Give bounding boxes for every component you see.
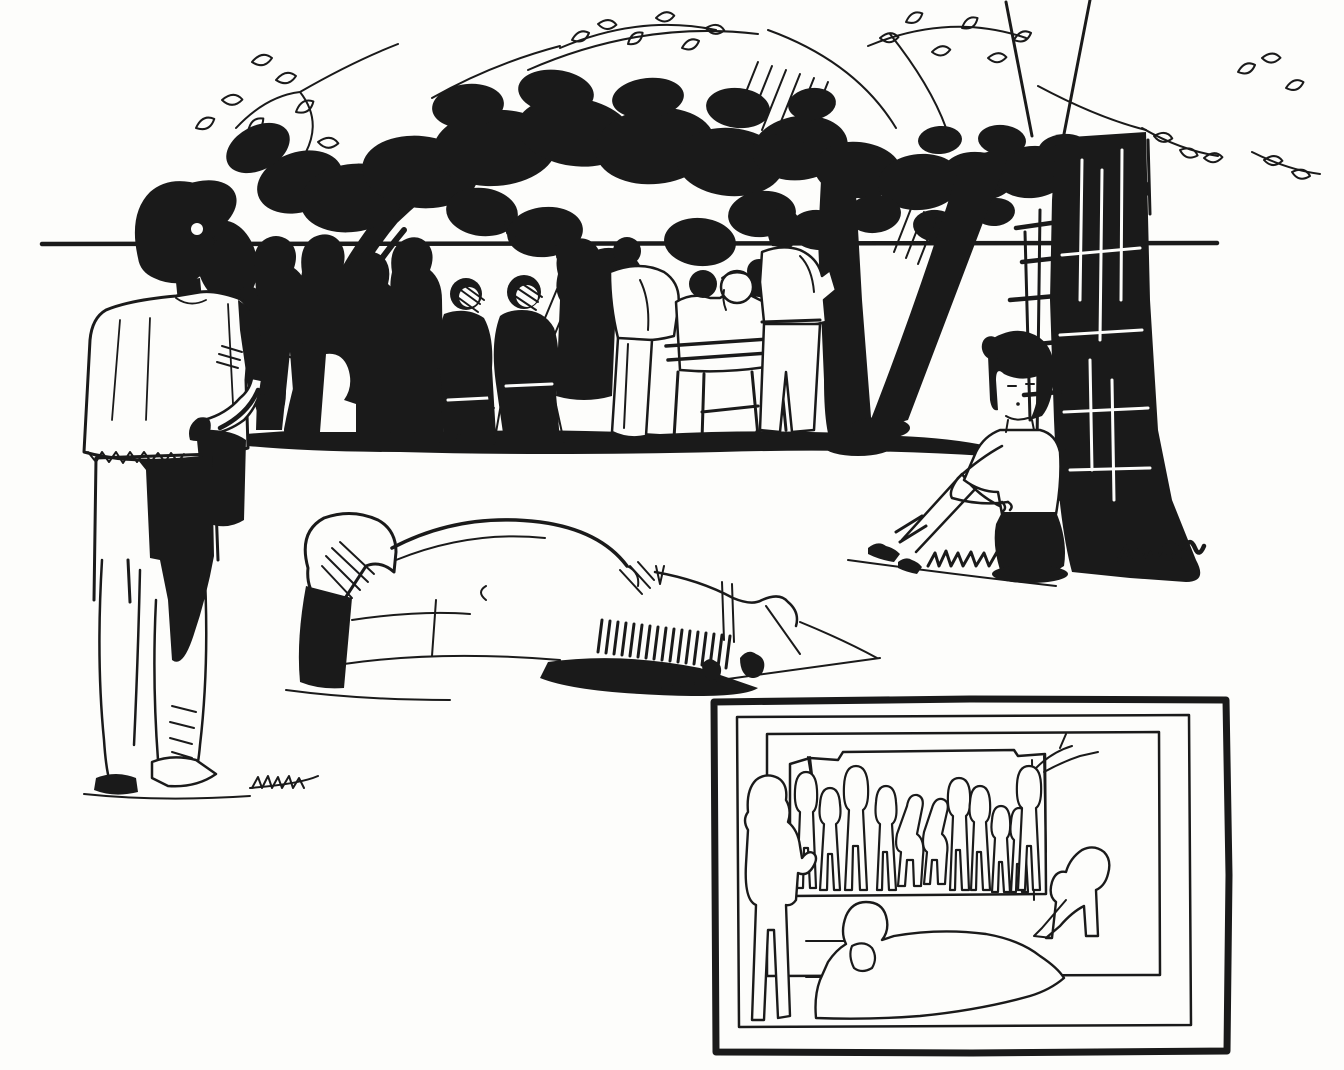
bending-figure xyxy=(610,237,679,437)
lying-figure xyxy=(286,513,880,700)
bench-sitter-dark-head xyxy=(689,270,717,298)
table xyxy=(296,338,438,434)
man-left-foot xyxy=(94,774,138,795)
man-right-foot xyxy=(152,757,216,786)
inset-sitting-figure xyxy=(1046,847,1109,938)
sitting-figure xyxy=(848,331,1068,586)
lying-torso-lines xyxy=(344,586,560,664)
lying-arm xyxy=(392,520,654,594)
inset-crowd-outlines xyxy=(795,766,1041,892)
girl-shoes xyxy=(868,543,922,574)
inset-lying-figure xyxy=(806,902,1064,1019)
artwork xyxy=(0,0,1344,1070)
seated-figure-hatched-1 xyxy=(439,278,496,442)
girl-top xyxy=(964,430,1061,514)
lying-elbow-shadow xyxy=(299,586,352,688)
inset-diagram xyxy=(714,699,1229,1053)
seated-figure-hatched-2 xyxy=(494,275,564,444)
sketch-page xyxy=(0,0,1344,1070)
girl-head xyxy=(978,331,1054,432)
tree-trunk-main xyxy=(1050,132,1200,582)
